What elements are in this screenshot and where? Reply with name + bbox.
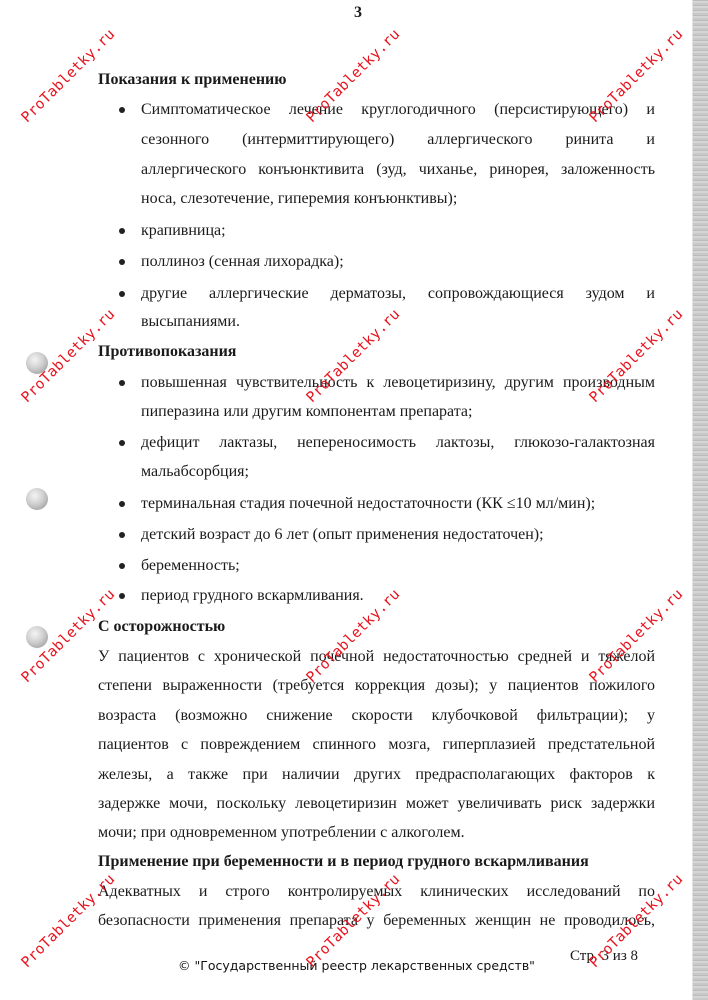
list-item-line: носа, слезотечение, гиперемия конъюнктив…	[141, 189, 655, 209]
list-item-line: повышенная чувствительность к левоцетири…	[141, 373, 655, 393]
bullet-icon	[119, 563, 125, 569]
list-item-line: детский возраст до 6 лет (опыт применени…	[141, 525, 655, 545]
paragraph-line: мочи; при одновременном употреблении с а…	[98, 823, 655, 843]
bullet-icon	[119, 259, 125, 265]
list-item-line: другие аллергические дерматозы, сопровож…	[141, 284, 655, 304]
list-item-line: терминальная стадия почечной недостаточн…	[141, 494, 655, 514]
list-item-line: беременность;	[141, 556, 655, 576]
scanned-page-edge	[692, 0, 708, 1000]
list-item-line: поллиноз (сенная лихорадка);	[141, 252, 655, 272]
list-item-line: мальабсорбция;	[141, 462, 655, 482]
paragraph-line: безопасности применения препарата у бере…	[98, 911, 655, 931]
footer-copyright: © "Государственный реестр лекарственных …	[178, 958, 535, 973]
list-item-line: аллергического конъюнктивита (зуд, чихан…	[141, 160, 655, 180]
heading-pregnancy: Применение при беременности и в период г…	[98, 852, 589, 872]
list-item-line: сезонного (интермиттирующего) аллергичес…	[141, 130, 655, 150]
bullet-icon	[119, 501, 125, 507]
document-page: 3 Показания к применению Симптоматическо…	[0, 0, 690, 1000]
list-item-line: пиперазина или другим компонентам препар…	[141, 402, 655, 422]
bullet-icon	[119, 532, 125, 538]
bullet-icon	[119, 440, 125, 446]
heading-indications: Показания к применению	[98, 70, 286, 90]
bullet-icon	[119, 228, 125, 234]
page-number-top: 3	[0, 4, 708, 22]
bullet-icon	[119, 380, 125, 386]
bullet-icon	[119, 291, 125, 297]
paragraph-line: У пациентов с хронической почечной недос…	[98, 647, 655, 667]
paragraph-line: железы, а также при наличии других предр…	[98, 765, 655, 785]
list-item-line: Симптоматическое лечение круглогодичного…	[141, 100, 655, 120]
binder-hole-icon	[26, 626, 48, 648]
list-item-line: крапивница;	[141, 221, 655, 241]
list-item-line: дефицит лактазы, непереносимость лактозы…	[141, 433, 655, 453]
paragraph-line: задержке мочи, поскольку левоцетиризин м…	[98, 794, 655, 814]
paragraph-line: возраста (возможно снижение скорости клу…	[98, 706, 655, 726]
binder-hole-icon	[26, 488, 48, 510]
paragraph-line: пациентов с повреждением спинного мозга,…	[98, 735, 655, 755]
bullet-icon	[119, 593, 125, 599]
paragraph-line: степени выраженности (требуется коррекци…	[98, 676, 655, 696]
heading-caution: С осторожностью	[98, 617, 225, 637]
bullet-icon	[119, 107, 125, 113]
heading-contraindications: Противопоказания	[98, 342, 236, 362]
